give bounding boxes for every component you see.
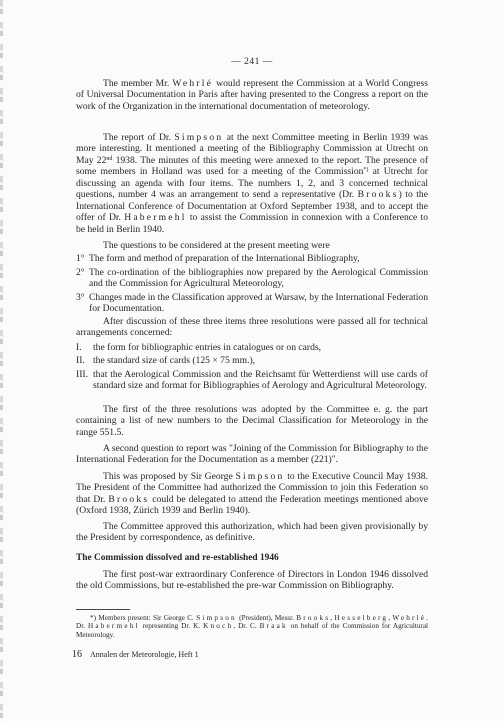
footnote-members: *) Members present: Sir George C. Simpso…	[76, 614, 428, 639]
body-text-upper: The member Mr. Wehrlé would represent th…	[76, 78, 428, 112]
question-item: 3°Changes made in the Classification app…	[76, 292, 428, 315]
paragraph-proposal: This was proposed by Sir George Simpson …	[76, 471, 428, 517]
paragraph-first-resolution: The first of the three resolutions was a…	[76, 404, 428, 438]
paragraph-approval: The Committee approved this authorizatio…	[76, 521, 428, 544]
body-text-questions: The questions to be considered at the pr…	[76, 240, 428, 315]
journal-title: Annalen der Meteorologie, Heft 1	[90, 650, 199, 659]
signature-number: 16	[72, 649, 82, 660]
footnote: *) Members present: Sir George C. Simpso…	[76, 614, 428, 639]
resolution-item: III.that the Aerological Commission and …	[76, 369, 428, 392]
body-text-resolutions: After discussion of these three items th…	[76, 316, 428, 392]
resolution-item: I.the form for bibliographic entries in …	[76, 342, 428, 353]
question-item: 2°The co-ordination of the bibliographie…	[76, 267, 428, 290]
question-item: 1°The form and method of preparation of …	[76, 253, 428, 264]
page-footer: 16Annalen der Meteorologie, Heft 1	[72, 649, 199, 660]
body-text-adoption: The first of the three resolutions was a…	[76, 404, 428, 438]
body-text-simpson: The report of Dr. Simpson at the next Co…	[76, 132, 428, 235]
body-text-post-war: The first post-war extraordinary Confere…	[76, 569, 428, 592]
body-text-proposal: This was proposed by Sir George Simpson …	[76, 471, 428, 517]
paragraph-post-war: The first post-war extraordinary Confere…	[76, 569, 428, 592]
document-page: — 241 — The member Mr. Wehrlé would repr…	[0, 0, 504, 721]
footnote-divider	[76, 609, 130, 610]
paragraph-questions-intro: The questions to be considered at the pr…	[76, 240, 428, 251]
paragraph-wehrle: The member Mr. Wehrlé would represent th…	[76, 78, 428, 112]
paragraph-simpson-report: The report of Dr. Simpson at the next Co…	[76, 132, 428, 235]
paragraph-discussion: After discussion of these three items th…	[76, 316, 428, 339]
body-text-second-question: A second question to report was "Joining…	[76, 443, 428, 466]
paragraph-second-question: A second question to report was "Joining…	[76, 443, 428, 466]
section-heading: The Commission dissolved and re-establis…	[76, 553, 279, 563]
body-text-approval: The Committee approved this authorizatio…	[76, 521, 428, 544]
page-number: — 241 —	[0, 57, 504, 67]
scan-edge	[0, 0, 3, 721]
resolution-item: II.the standard size of cards (125 × 75 …	[76, 355, 428, 366]
